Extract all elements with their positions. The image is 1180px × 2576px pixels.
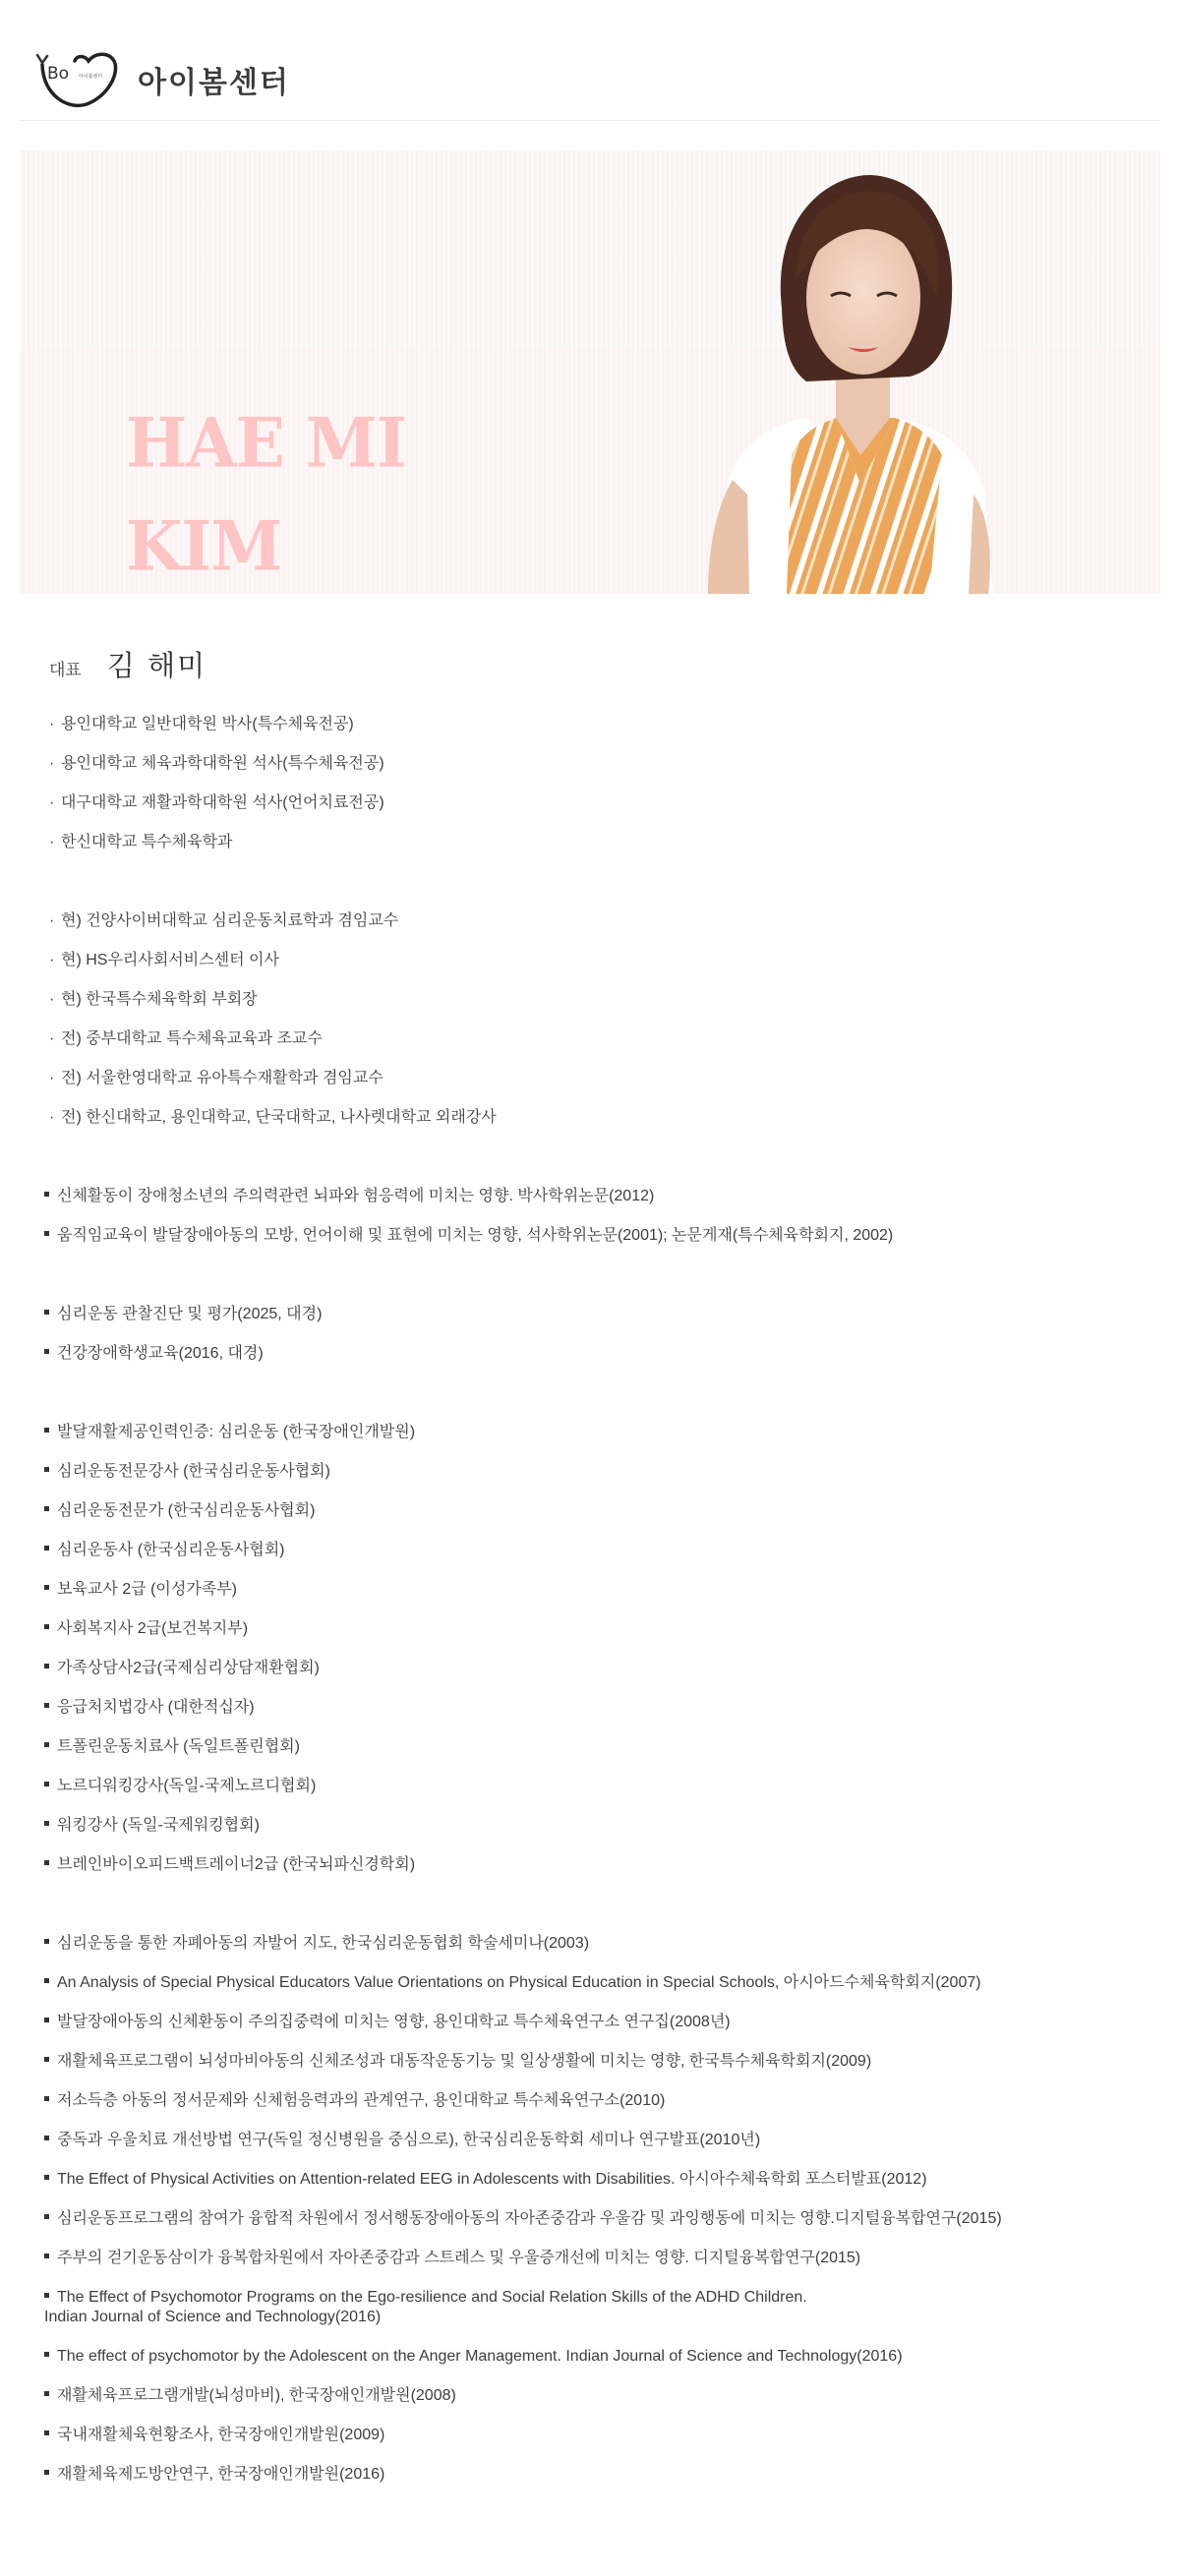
- hero-name-line2: KIM: [126, 495, 406, 594]
- research-item: The effect of psychomotor by the Adolesc…: [44, 2347, 1146, 2386]
- research-item: 재활체육프로그램이 뇌성마비아동의 신체조성과 대동작운동기능 및 일상생활에 …: [44, 2052, 1146, 2091]
- research-item: 중독과 우울치료 개선방법 연구(독일 정신병원을 중심으로), 한국심리운동학…: [44, 2131, 1146, 2170]
- logo-link[interactable]: Bo 아이봄센터 아이봄센터: [29, 47, 290, 112]
- person-name: 김 해미: [107, 644, 206, 684]
- profile-header: 대표 김 해미: [49, 644, 1150, 683]
- logo-text: 아이봄센터: [138, 58, 290, 101]
- certification-item: 심리운동사 (한국심리운동사협회): [44, 1541, 1146, 1580]
- portrait-photo: [688, 160, 1013, 594]
- thesis-list: 신체활동이 장애청소년의 주의력관련 뇌파와 험응력에 미치는 영향. 박사학위…: [44, 1187, 1146, 1265]
- thesis-item: 움직임교육이 발달장애아동의 모방, 언어이해 및 표현에 미치는 영향, 석사…: [44, 1226, 1146, 1265]
- career-item: ·현) HS우리사회서비스센터 이사: [49, 951, 1150, 990]
- research-item: 저소득층 아동의 정서문제와 신체험응력과의 관계연구, 용인대학교 특수체육연…: [44, 2091, 1146, 2131]
- education-item: ·한신대학교 특수체육학과: [49, 833, 1150, 872]
- career-item: ·전) 한신대학교, 용인대학교, 단국대학교, 나사렛대학교 외래강사: [49, 1108, 1150, 1147]
- career-item: ·전) 중부대학교 특수체육교육과 조교수: [49, 1029, 1150, 1069]
- book-item: 심리운동 관찰진단 및 평가(2025, 대경): [44, 1305, 1146, 1344]
- certification-item: 사회복지사 2급(보건복지부): [44, 1619, 1146, 1659]
- research-item: The Effect of Psychomotor Programs on th…: [44, 2288, 1146, 2347]
- research-item: The Effect of Physical Activities on Att…: [44, 2170, 1146, 2209]
- thesis-item: 신체활동이 장애청소년의 주의력관련 뇌파와 험응력에 미치는 영향. 박사학위…: [44, 1187, 1146, 1226]
- svg-text:Bo: Bo: [47, 64, 69, 84]
- certification-list: 발달재활제공인력인증: 심리운동 (한국장애인개발원) 심리운동전문강사 (한국…: [44, 1423, 1146, 1895]
- certification-item: 브레인바이오피드백트레이너2급 (한국뇌파신경학회): [44, 1855, 1146, 1895]
- career-list: ·현) 건양사이버대학교 심리운동치료학과 겸임교수 ·현) HS우리사회서비스…: [49, 911, 1150, 1147]
- certification-item: 트폴린운동치료사 (독일트폴린협회): [44, 1737, 1146, 1777]
- education-list: ·용인대학교 일반대학원 박사(특수체육전공) ·용인대학교 체육과학대학원 석…: [49, 715, 1150, 872]
- logo-heart-icon: Bo 아이봄센터: [29, 47, 120, 112]
- certification-item: 심리운동전문가 (한국심리운동사협회): [44, 1501, 1146, 1541]
- book-item: 건강장애학생교육(2016, 대경): [44, 1344, 1146, 1383]
- certification-item: 가족상담사2급(국제심리상담재환협회): [44, 1659, 1146, 1698]
- career-item: ·현) 한국특수체육학회 부회장: [49, 990, 1150, 1029]
- hero-name-english: HAE MI KIM: [126, 391, 406, 594]
- research-item: 재활체육제도방안연구, 한국장애인개발원(2016): [44, 2465, 1146, 2504]
- book-list: 심리운동 관찰진단 및 평가(2025, 대경) 건강장애학생교육(2016, …: [44, 1305, 1146, 1383]
- research-item: 발달장애아동의 신체환동이 주의집중력에 미치는 영향, 용인대학교 특수체육연…: [44, 2013, 1146, 2052]
- research-item: 국내재활체육현황조사, 한국장애인개발원(2009): [44, 2426, 1146, 2465]
- education-item: ·용인대학교 체육과학대학원 석사(특수체육전공): [49, 754, 1150, 793]
- research-item: 주부의 걷기운동삼이가 융복합차원에서 자아존중감과 스트레스 및 우울증개선에…: [44, 2249, 1146, 2288]
- education-item: ·대구대학교 재활과학대학원 석사(언어치료전공): [49, 793, 1150, 833]
- research-item: 심리운동프로그램의 참여가 융합적 차원에서 정서행동장애아동의 자아존중감과 …: [44, 2209, 1146, 2249]
- hero-banner: HAE MI KIM: [20, 150, 1160, 594]
- role-label: 대표: [49, 656, 82, 680]
- education-item: ·용인대학교 일반대학원 박사(특수체육전공): [49, 715, 1150, 754]
- certification-item: 노르디워킹강사(독일-국제노르디협회): [44, 1777, 1146, 1816]
- certification-item: 보육교사 2급 (이성가족부): [44, 1580, 1146, 1619]
- certification-item: 응급처치법강사 (대한적십자): [44, 1698, 1146, 1737]
- hero-name-line1: HAE MI: [126, 391, 406, 495]
- certification-item: 워킹강사 (독일-국제워킹협회): [44, 1816, 1146, 1855]
- career-item: ·전) 서울한영대학교 유아특수재활학과 겸임교수: [49, 1069, 1150, 1108]
- certification-item: 심리운동전문강사 (한국심리운동사협회): [44, 1462, 1146, 1501]
- certification-item: 발달재활제공인력인증: 심리운동 (한국장애인개발원): [44, 1423, 1146, 1462]
- research-item: An Analysis of Special Physical Educator…: [44, 1973, 1146, 2013]
- research-list: 심리운동을 통한 자폐아동의 자발어 지도, 한국심리운동협회 학술세미나(20…: [44, 1934, 1146, 2504]
- site-header: Bo 아이봄센터 아이봄센터: [20, 0, 1160, 121]
- research-item: 심리운동을 통한 자폐아동의 자발어 지도, 한국심리운동협회 학술세미나(20…: [44, 1934, 1146, 1973]
- career-item: ·현) 건양사이버대학교 심리운동치료학과 겸임교수: [49, 911, 1150, 951]
- research-item: 재활체육프로그램개발(뇌성마비), 한국장애인개발원(2008): [44, 2386, 1146, 2426]
- svg-text:아이봄센터: 아이봄센터: [79, 73, 102, 80]
